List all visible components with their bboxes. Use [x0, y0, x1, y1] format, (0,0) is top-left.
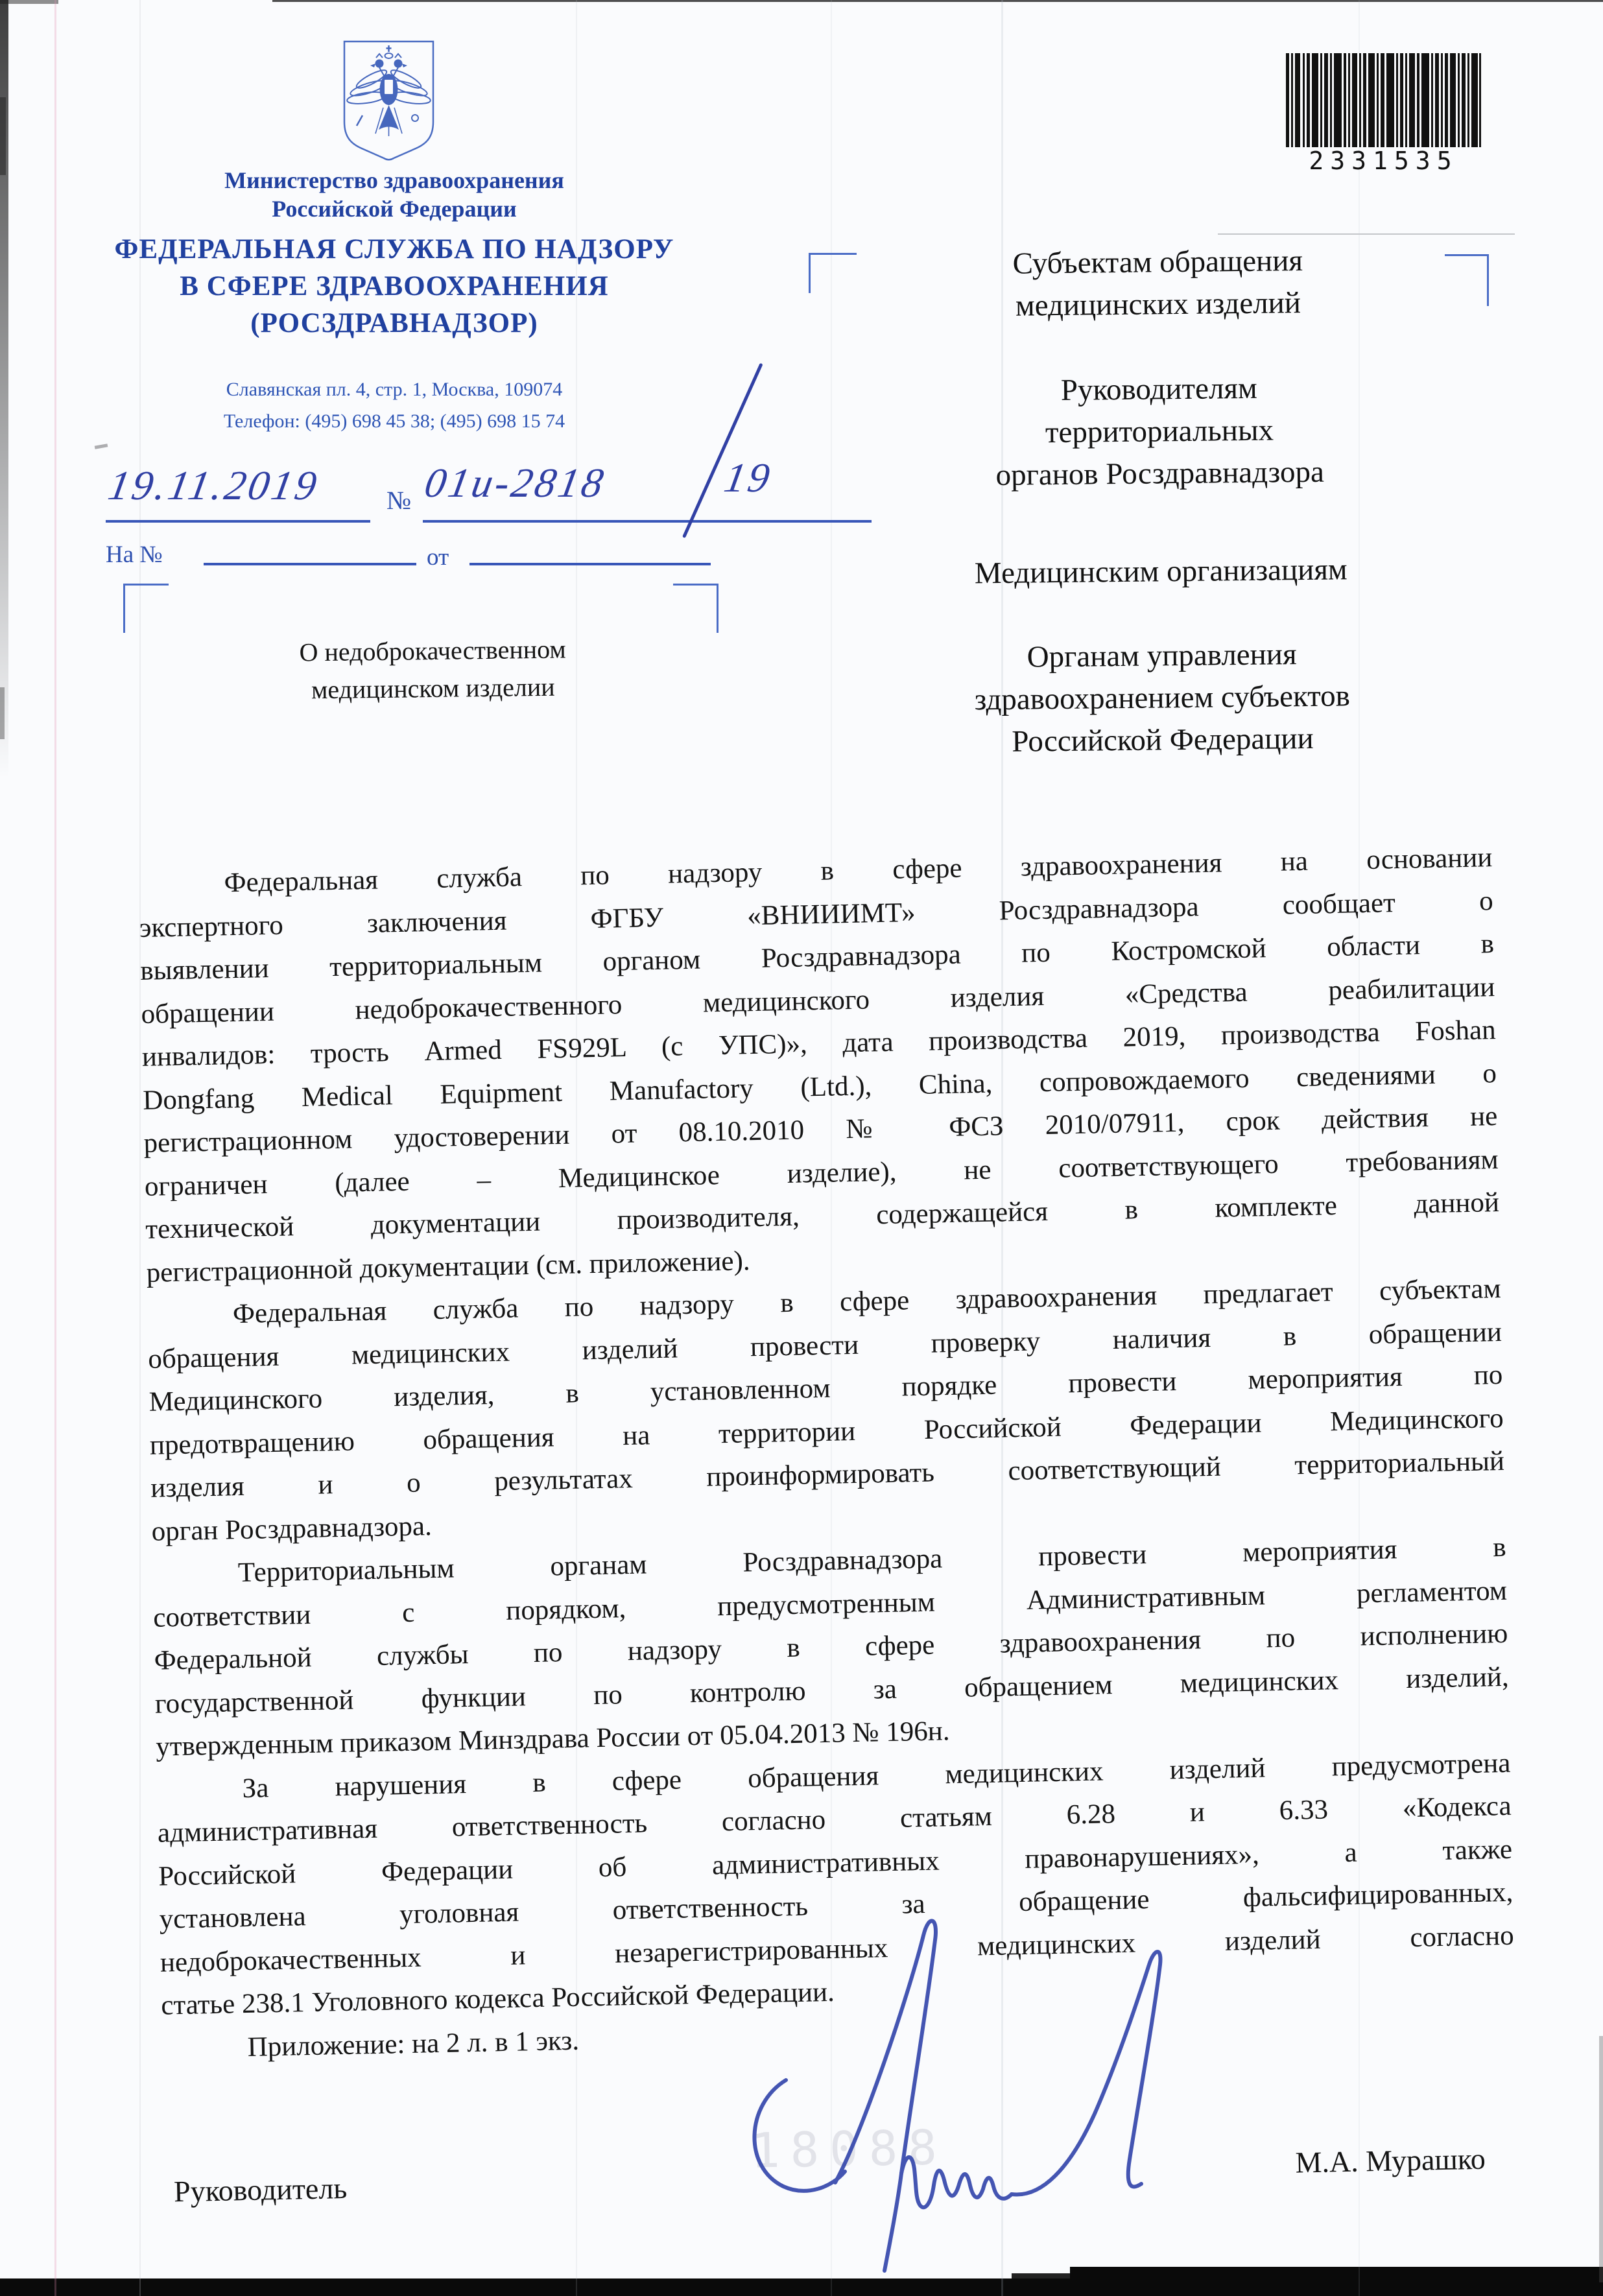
agency-contacts: Славянская пл. 4, стр. 1, Москва, 109074…	[102, 373, 686, 437]
corner-mark	[1487, 254, 1489, 306]
scan-streak	[139, 0, 141, 2296]
reply-from-label: от	[427, 543, 449, 571]
recipient-line: органов Росздравнадзора	[874, 453, 1445, 494]
barcode	[1286, 53, 1481, 150]
recipient-line: медицинских изделий	[873, 284, 1444, 325]
corner-mark	[717, 584, 718, 633]
recipient-line: Российской Федерации	[877, 720, 1449, 761]
reply-from-underline	[469, 563, 711, 565]
agency-phone: Телефон: (495) 698 45 38; (495) 698 15 7…	[102, 405, 686, 437]
agency-line: (РОСЗДРАВНАДЗОР)	[102, 305, 686, 342]
recipient-line: Руководителям	[873, 369, 1445, 410]
scanned-letter-page: Министерство здравоохранения Российской …	[0, 0, 1603, 2296]
signature	[661, 1900, 1180, 2292]
barcode-number: 2331535	[1292, 147, 1475, 175]
barcode-icon	[1286, 53, 1481, 147]
scan-top-left-smudge	[0, 0, 58, 4]
letter-body: Федеральная служба по надзору в сфере зд…	[138, 836, 1516, 2071]
scan-left-blob	[0, 687, 5, 739]
subject-line: медицинском изделии	[246, 667, 620, 709]
reply-number-label: На №	[106, 541, 163, 569]
recipient-line: Медицинским организациям	[875, 551, 1447, 592]
corner-mark	[123, 584, 169, 586]
separator-line	[1218, 233, 1515, 235]
number-sign: №	[386, 485, 411, 515]
agency-name: ФЕДЕРАЛЬНАЯ СЛУЖБА ПО НАДЗОРУ В СФЕРЕ ЗД…	[102, 231, 686, 342]
corner-mark	[1445, 254, 1489, 256]
subject-line: О недоброкачественном	[246, 630, 619, 672]
recipients-block: Субъектам обращения медицинских изделий …	[872, 242, 1449, 779]
corner-mark	[673, 584, 718, 586]
signer-position: Руководитель	[174, 2171, 348, 2208]
recipient-line: территориальных	[874, 411, 1445, 452]
ministry-name: Министерство здравоохранения Российской …	[102, 166, 686, 223]
ministry-line: Российской Федерации	[102, 195, 686, 223]
handwritten-signature-icon	[661, 1900, 1180, 2289]
corner-mark	[809, 253, 811, 293]
ministry-line: Министерство здравоохранения	[102, 166, 686, 195]
subject: О недоброкачественном медицинском издели…	[246, 630, 619, 709]
handwritten-slash	[682, 363, 763, 538]
corner-mark	[809, 253, 857, 255]
signer-name: М.А. Мурашко	[1295, 2142, 1486, 2180]
agency-address: Славянская пл. 4, стр. 1, Москва, 109074	[102, 373, 686, 405]
number-underline	[423, 520, 872, 523]
scan-left-blob	[0, 97, 6, 175]
agency-line: ФЕДЕРАЛЬНАЯ СЛУЖБА ПО НАДЗОРУ	[102, 231, 686, 268]
date-underline	[106, 520, 370, 523]
reply-number-underline	[204, 563, 416, 565]
handwritten-number: 01и-2818	[421, 459, 609, 507]
recipient-line: Органам управления	[876, 635, 1447, 676]
russia-coat-of-arms-icon	[338, 39, 440, 162]
recipient-line: Субъектам обращения	[872, 242, 1443, 283]
recipient-line: здравоохранением субъектов	[877, 678, 1448, 718]
corner-mark	[123, 584, 125, 633]
scan-right-sliver	[1599, 2036, 1603, 2282]
scan-streak	[54, 0, 56, 2296]
coat-of-arms-frame	[338, 39, 440, 165]
agency-line: В СФЕРЕ ЗДРАВООХРАНЕНИЯ	[102, 268, 686, 305]
scan-top-edge	[272, 0, 1603, 2]
scan-dash-artifact	[95, 444, 108, 449]
handwritten-date: 19.11.2019	[104, 462, 322, 510]
handwritten-number-suffix: 19	[720, 454, 776, 502]
